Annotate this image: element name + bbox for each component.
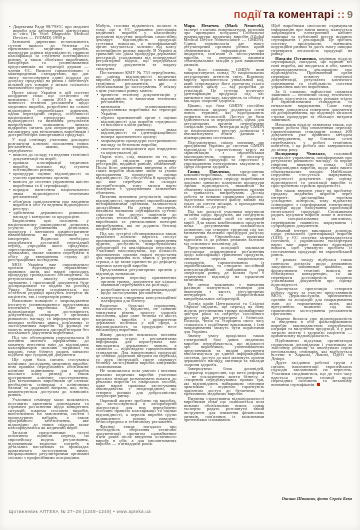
body-paragraph: Не залишилися поза увагою і питання рекл… xyxy=(96,369,177,397)
body-paragraph: МОЗ України вже оприлюднило проєкти відп… xyxy=(8,263,89,298)
body-paragraph: Ще один блок питань стосувався клінічних… xyxy=(8,358,89,397)
speaker-name: Володимир Чмихало, xyxy=(275,151,334,156)
body-paragraph: Досвід країн Центральної та Східної Євро… xyxy=(184,302,265,334)
speaker-name: Ганна Павленко, xyxy=(188,169,241,174)
body-paragraph: Питання визнання результатів оцінки відп… xyxy=(96,195,177,230)
byline: Оксана Шпакова, фото Сергія Бека xyxy=(271,496,352,501)
bullet-item: привести технічну документацію у відпові… xyxy=(101,93,177,104)
column-1: Директива Ради 98/79/ЄС про медичні виро… xyxy=(8,24,89,504)
bullet-item: правила класифікації медичних виробів за… xyxy=(13,161,89,172)
body-paragraph: Підсумовуючи, спікер зазначив, що приєдн… xyxy=(184,141,265,169)
body-paragraph: Марк Немечек (Mark Nemecek), експерт з п… xyxy=(184,24,265,67)
body-paragraph: Наталія Остапенко, керівник відділу серт… xyxy=(271,57,352,89)
body-paragraph: Під час обговорення порушувалися й питан… xyxy=(8,336,89,357)
body-paragraph: Жваву дискусію викликало питання маркува… xyxy=(96,333,177,368)
bullet-list: привести технічну документацію у відпові… xyxy=(96,93,177,154)
body-paragraph: Під час зустрічі обговорювалися також пр… xyxy=(96,232,177,267)
bullet-item: визначити уповноваженого представника ви… xyxy=(101,105,177,116)
column-4-text: Щоб виробники своєчасно отримували інфор… xyxy=(271,24,352,486)
body-paragraph: Начальник відділу зазначила також, що тр… xyxy=(271,123,352,151)
section-name-light: події xyxy=(234,9,261,21)
section-name-bold: та коментарі xyxy=(263,9,334,21)
body-paragraph: Закріплення цих положень у національному… xyxy=(8,219,89,262)
speaker-name: Марк Немечек (Mark Nemecek), xyxy=(184,24,265,28)
body-paragraph: Проте місце України в цій системі коорди… xyxy=(8,91,89,137)
body-paragraph: Не менш важливим є навчання фахівців: пл… xyxy=(184,283,265,301)
bullet-item: розширення переліку призначених органів … xyxy=(101,276,177,287)
bullet-list: розширення переліку призначених органів … xyxy=(96,276,177,302)
bullet-item: обов'язок повідомлення про введення виро… xyxy=(13,200,89,211)
body-paragraph: Учасники семінару мали можливість постав… xyxy=(8,398,89,430)
end-of-article-mark xyxy=(317,383,320,386)
newspaper-page: подіїта коментарі::9 Директива Ради 98/7… xyxy=(0,0,360,530)
body-paragraph: Ганна Павленко, представник компанії-вир… xyxy=(184,170,265,209)
column-4: Щоб виробники своєчасно отримували інфор… xyxy=(271,24,352,504)
body-paragraph: Окремо йшлося про відповідальність за вв… xyxy=(271,317,352,338)
body-paragraph: Загалом представники галузі позитивно оц… xyxy=(8,431,89,459)
bullet-list: Директива Ради 98/79/ЄС про медичні виро… xyxy=(8,25,89,39)
body-paragraph: Мабуть, головна відмінність полягає в то… xyxy=(96,24,177,70)
body-paragraph: Представники асоціацій закликали регулят… xyxy=(184,246,265,281)
body-paragraph: Прозвучала пропозиція створити робочу гр… xyxy=(271,287,352,315)
body-paragraph: Підбиваючи підсумки, організатори подяку… xyxy=(271,339,352,360)
body-paragraph: Щоб виробники своєчасно отримували інфор… xyxy=(271,24,352,56)
bullet-list: вимоги до складу та ведення технічної до… xyxy=(8,153,89,218)
bullet-item: розробляються методичні рекомендації щод… xyxy=(101,288,177,295)
body-paragraph: Жвавий інтерес викликала доповідь щодо у… xyxy=(271,229,352,257)
page-number: 9 xyxy=(347,9,353,21)
article-columns: Директива Ради 98/79/ЄС про медичні виро… xyxy=(8,24,352,504)
body-paragraph: Друге засідання робочої групи з питань і… xyxy=(271,361,352,386)
body-paragraph: Володимир Чмихало, головний спеціаліст у… xyxy=(271,152,352,187)
body-paragraph: Окремий акцент зроблено на виробах, що з… xyxy=(96,399,177,424)
body-paragraph: Зазначені директиви встановлюють суттєві… xyxy=(8,40,89,90)
bullet-item: планується створення консультаційної пла… xyxy=(101,296,177,303)
body-paragraph: У рамках заходу відбулася також панельна… xyxy=(271,258,352,286)
body-paragraph: Водночас будь-які спрощення, наголошують… xyxy=(96,304,177,332)
body-paragraph: Цікаво, що база GMDN постійно оновлюєтьс… xyxy=(184,104,265,139)
column-3: Марк Немечек (Mark Nemecek), експерт з п… xyxy=(184,24,265,504)
bullet-item: здійснення державного ринкового нагляду … xyxy=(13,211,89,218)
body-paragraph: Під час дискусії учасники порушили питан… xyxy=(184,210,265,245)
body-paragraph: Він також звернув увагу на проблему прод… xyxy=(271,189,352,228)
body-paragraph: Важливою новацією є запровадження інстит… xyxy=(8,299,89,334)
bullet-item: порядок нанесення національного знака ві… xyxy=(13,188,89,199)
bullet-item: забезпечити нанесення знака відповідност… xyxy=(101,128,177,139)
body-paragraph: Представники регуляторних органів у відп… xyxy=(96,268,177,275)
body-paragraph: За її словами, найчастіші помилки заявни… xyxy=(271,90,352,122)
footer-issue-info: Щотижневик АПТЕКА № 27–28 (1248–1249) • … xyxy=(9,509,151,514)
bullet-item: своєчасно повідомляти про інциденти та к… xyxy=(101,147,177,154)
body-paragraph: Постановою КМУ № 753 передбачено, що оці… xyxy=(96,71,177,92)
body-paragraph: За його словами, GMDN нині використовуют… xyxy=(184,68,265,103)
body-paragraph: Значну увагу приділили також електронній… xyxy=(184,334,265,366)
body-paragraph: У ході семінару учасники докладно розгля… xyxy=(8,138,89,152)
body-paragraph: Завершуючи блок доповідей, модератор під… xyxy=(184,367,265,395)
section-separator: :: xyxy=(337,9,345,21)
body-paragraph: Фахівці також нагадали про необхідність … xyxy=(96,425,177,446)
column-2: Мабуть, головна відмінність полягає в то… xyxy=(96,24,177,504)
bullet-item: Директива Ради 98/79/ЄС про медичні виро… xyxy=(13,25,89,39)
speaker-name: Наталія Остапенко, xyxy=(275,56,319,61)
bullet-item: обрати призначений орган з оцінки відпов… xyxy=(101,116,177,127)
body-paragraph: Питання страхування відповідальності вир… xyxy=(184,397,265,422)
section-header: подіїта коментарі::9 xyxy=(234,9,353,21)
body-paragraph: Окрім того, слід зважати на те, що строк… xyxy=(96,155,177,194)
